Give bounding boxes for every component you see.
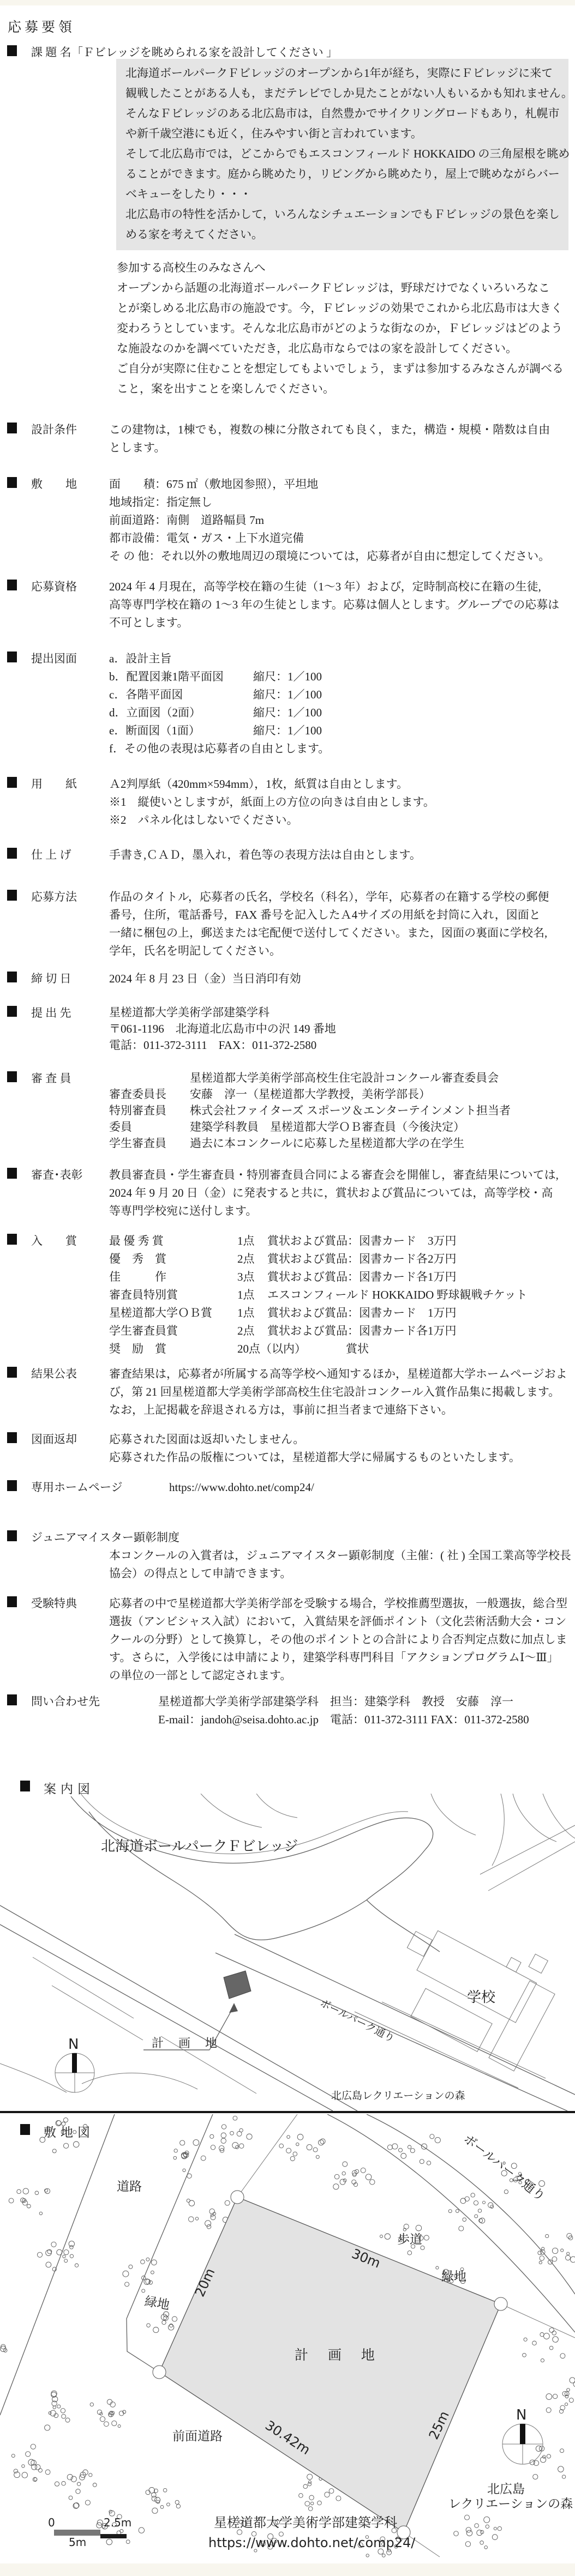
body-line: クールの分野）として換算し，その他のポイントとの合計により合否判定点数に加点しま	[109, 1631, 567, 1649]
section-label: 用 紙	[31, 775, 77, 792]
body-line: 星槎道都大学美術学部建築学科	[109, 1004, 336, 1021]
prize-desc: 賞状および賞品：図書カード各1万円	[267, 1322, 457, 1340]
drawing-item: f．その他の表現は応募者の自由とします。	[109, 740, 330, 758]
prize-desc: 賞状および賞品：図書カード各2万円	[267, 1250, 457, 1268]
scale-mid: 2.5m	[104, 2516, 131, 2529]
section-bullet	[7, 477, 17, 488]
drawing-item: c．各階平面図	[109, 686, 183, 704]
contact-line1: 星槎道都大学美術学部建築学科 担当：建築学科 教授 安藤 淳一	[158, 1693, 513, 1711]
section-label: 応募方法	[31, 888, 77, 904]
drawing-scale: 縮尺：1／100	[253, 668, 322, 686]
jury-member: 株式会社ファイターズ スポーツ＆エンターテインメント担当者	[190, 1102, 511, 1119]
body-line: 協会）の得点として申請できます。	[109, 1565, 571, 1583]
section-bullet	[7, 1432, 17, 1443]
section-bullet	[7, 848, 17, 859]
prize-count: 20点（以内）	[237, 1340, 306, 1358]
prize-name: 星槎道都大学ＯＢ賞	[109, 1304, 212, 1322]
fvillage-east-edge	[367, 1849, 440, 1952]
body-line: 教員審査員・学生審査員・特別審査員合同による審査会を開催し，審査結果については,	[109, 1166, 559, 1184]
body-line: 都市設備：電気・ガス・上下水道完備	[109, 529, 550, 547]
fvillage-south-edge	[89, 1812, 367, 1940]
section-label: 入 賞	[31, 1232, 77, 1248]
prize-count: 3点	[237, 1268, 255, 1286]
intro-line: 参加する高校生のみなさんへ	[117, 258, 564, 278]
drawing-item: b．配置図兼1階平面図	[109, 668, 224, 686]
intro-line: ご自分が実際に住むことを想定してもよいでしょう，まずは参加するみなさんが調べる	[117, 359, 564, 379]
page-title: 応募要領	[8, 16, 75, 36]
site-label: 計 画 地	[152, 2037, 223, 2050]
prize-desc: 賞状	[346, 1340, 369, 1358]
section-bullet	[7, 972, 17, 982]
section-label: 設計条件	[31, 421, 77, 437]
guide-map: 計 画 地 N 北海道ボールパークＦビレッジ 学校 ボールパーク通り 北広島レク…	[0, 1794, 575, 2111]
body-line: そ の 他：それ以外の敷地周辺の環境については，応募者が自由に想定してください。	[109, 547, 550, 565]
section-bullet	[7, 1006, 17, 1017]
kadai-box-line: 観戦したことがある人も，まだテレビでしか見たことがない人もいるかも知れません。	[125, 83, 568, 104]
ballpark-street-label: ボールパーク通り	[318, 1997, 397, 2045]
section-label: 受験特典	[31, 1595, 77, 1611]
prize-count: 1点	[237, 1304, 255, 1322]
body-line: 2024 年 8 月 23 日（金）当日消印有効	[109, 970, 301, 988]
jury-member: 過去に本コンクールに応募した星槎道都大学の在学生	[190, 1135, 464, 1151]
section-label: 提 出 先	[31, 1004, 71, 1021]
section-bullet	[7, 1530, 17, 1541]
section-bullet	[7, 580, 17, 590]
main-road-edge	[0, 1925, 333, 2111]
body-line: 応募者の中で星槎道都大学美術学部を受験する場合，学校推薦型選抜，一般選抜，総合型	[109, 1595, 567, 1613]
section-bullet	[7, 777, 17, 788]
contact-line2: E-mail：jandoh@seisa.dohto.ac.jp 電話：011-3…	[158, 1711, 529, 1729]
prize-count: 1点	[237, 1232, 255, 1250]
site-arrow-head	[229, 2003, 238, 2013]
site-parcel-dark	[224, 1971, 251, 1999]
section-bullet	[7, 1168, 17, 1179]
prize-desc: エスコンフィールド HOKKAIDO 野球観戦チケット	[267, 1286, 528, 1304]
section-bullet	[20, 1781, 30, 1791]
body-line: す。さらに，入学後には申請により，建築学科専門科目「アクションプログラムⅠ～Ⅲ」	[109, 1649, 567, 1667]
section-label: 提出図面	[31, 650, 77, 666]
site-polygon	[159, 2197, 501, 2532]
section-label: 図面返却	[31, 1431, 77, 1447]
body-line: 応募された作品の版権については，星槎道都大学に帰属するものといたします。	[109, 1449, 520, 1467]
green-right-label: 緑地	[441, 2270, 466, 2284]
body-line: 作品のタイトル，応募者の氏名，学校名（科名），学年，応募者の在籍する学校の郵便	[109, 888, 549, 906]
prize-desc: 賞状および賞品：図書カード 3万円	[267, 1232, 457, 1250]
prize-name: 最 優 秀 賞	[109, 1232, 164, 1250]
body-line: 2024 年 4 月現在，高等学校在籍の生徒（1～3 年）および，定時制高校に在…	[109, 578, 559, 596]
section-bullet	[7, 1480, 17, 1491]
prize-name: 奨 励 賞	[109, 1340, 166, 1358]
body-line: 〒061-1196 北海道北広島市中の沢 149 番地	[109, 1021, 336, 1037]
section-bullet	[7, 1596, 17, 1607]
kadai-title: 「Ｆビレッジを眺められる家を設計してください 」	[71, 44, 338, 60]
sidewalk-label: 歩道	[397, 2233, 422, 2247]
section-label: 結果公表	[31, 1365, 77, 1381]
forest-label-line2: レクリエーションの森	[448, 2497, 573, 2511]
section-bullet	[7, 423, 17, 433]
map1-road	[488, 1842, 575, 1891]
map1-road	[492, 1794, 504, 1866]
body-line: 前面道路：南側 道路幅員 7m	[109, 511, 550, 529]
section-label: 敷 地	[31, 475, 77, 492]
body-line: 電話：011-372-3111 FAX：011-372-2580	[109, 1037, 336, 1053]
jury-role: 学生審査員	[109, 1135, 166, 1151]
body-line: 面 積：675 ㎡（敷地図参照），平坦地	[109, 475, 550, 493]
section-label: 審査･表彰	[31, 1166, 83, 1183]
prize-count: 1点	[237, 1286, 255, 1304]
body-line: 不可とします。	[109, 614, 559, 632]
main-road-edge	[0, 1905, 357, 2111]
section-label: 課 題 名	[31, 44, 71, 60]
kadai-box-line: 北広島市の特性を活かして，いろんなシチュエーションでもＦビレッジの景色を楽し	[125, 204, 568, 225]
drawing-scale: 縮尺：1／100	[253, 704, 322, 722]
kadai-box-line: や新千歳空港にも近く，住みやすい街と言われています。	[125, 124, 568, 144]
intro-line: 変わろうとしています。そんな北広島市がどのような街なのか，Ｆビレッジはどのよう	[117, 318, 564, 339]
kadai-box-line: 北海道ボールパークＦビレッジのオープンから1年が経ち，実際にＦビレッジに来て	[125, 63, 568, 83]
school-buildings	[380, 1899, 567, 2071]
intro-paragraph: 参加する高校生のみなさんへオープンから話題の北海道ボールパークＦビレッジは，野球…	[117, 258, 564, 399]
intro-line: とが楽しめる北広島市の施設です。今，Ｆビレッジの効果でこれから北広島市は大きく	[117, 298, 564, 318]
road-median	[355, 2012, 518, 2088]
body-line: 2024 年 9 月 20 日（金）に発表すると共に，賞状および賞品については，…	[109, 1184, 559, 1202]
section-label: 応募資格	[31, 578, 77, 594]
map1-curve	[431, 1794, 476, 1835]
section-bullet	[7, 1234, 17, 1245]
section-bullet	[7, 890, 17, 901]
jury-role: 審査委員長	[109, 1086, 166, 1102]
prize-desc: 賞状および賞品：図書カード各1万円	[267, 1268, 457, 1286]
body-line: とします。	[109, 439, 550, 457]
kadai-box-line: ることができます。庭から眺めたり，リビングから眺めたり，屋上で眺めながらバー	[125, 164, 568, 184]
north-compass: N	[55, 2036, 94, 2092]
drawing-scale: 縮尺：1／100	[253, 686, 322, 704]
ballpark-street-edge	[235, 1934, 575, 2095]
section-label: 締 切 日	[31, 970, 71, 986]
credit-url: https://www.dohto.net/comp24/	[208, 2535, 416, 2550]
road-median	[382, 2002, 546, 2078]
body-line: 選抜（アンビシャス入試）において，入賞結果を評価ポイント（文化芸術活動大会・コン	[109, 1613, 567, 1631]
prize-count: 2点	[237, 1250, 255, 1268]
sidewalk-edge-extension	[501, 2304, 575, 2338]
section-label: 審 査 員	[31, 1070, 71, 1086]
site-map-title: 敷地図	[44, 2122, 94, 2140]
body-line: 手書き,ＣＡＤ，墨入れ，着色等の表現方法は自由とします。	[109, 846, 421, 864]
jury-member: 星槎道都大学美術学部高校生住宅設計コンクール審査委員会	[190, 1070, 499, 1086]
intro-line: な施設なのかを調べていただき，北広島市ならではの家を設計してください。	[117, 339, 564, 359]
body-line: 応募された図面は返却いたしません。	[109, 1431, 520, 1449]
prize-count: 2点	[237, 1322, 255, 1340]
map1-curve	[0, 2064, 67, 2092]
kadai-box-line: める家を考えてください。	[125, 225, 568, 245]
north-compass: N	[502, 2407, 543, 2464]
scale-zero: 0	[48, 2516, 55, 2529]
jury-member: 安藤 淳一（星槎道都大学教授，美術学部長）	[190, 1086, 430, 1102]
north-letter: N	[516, 2407, 526, 2423]
kadai-box-line: そして北広島市では，どこからでもエスコンフィールド HOKKAIDO の三角屋根…	[125, 144, 568, 164]
jury-member: 建築学科教員 星槎道都大学ＯＢ審査員（今後決定）	[190, 1119, 465, 1135]
site-label: 計 画 地	[295, 2347, 382, 2363]
forest-label: 北広島レクリエーションの森	[331, 2090, 465, 2102]
intro-line: こと，案を出すことを楽しんでください。	[117, 379, 564, 399]
body-line: 地域指定：指定無し	[109, 493, 550, 511]
drawing-item: e．断面図（1面）	[109, 722, 200, 740]
map1-curve	[201, 1794, 262, 1827]
scale-bar: 0 2.5m 5m	[48, 2516, 131, 2549]
map1-curve	[513, 1794, 556, 1842]
body-line: 本コンクールの入賞者は，ジュニアマイスター顕彰制度（主催：( 社 ) 全国工業高…	[109, 1547, 571, 1565]
prize-desc: 賞状および賞品：図書カード 1万円	[267, 1304, 457, 1322]
body-line: び，第 21 回星槎道都大学美術学部高校生住宅設計コンクール入賞作品集に掲載しま…	[109, 1383, 567, 1401]
green-left-label: 緑地	[143, 2294, 171, 2313]
guide-map-title: 案内図	[44, 1779, 94, 1797]
body-line: 番号，住所，電話番号，FAX 番号を記入したＡ4サイズの用紙を封筒に入れ，図面と	[109, 906, 549, 924]
body-line: この建物は，1棟でも，複数の棟に分散されても良く，また，構造・規模・階数は自由	[109, 421, 550, 439]
body-line: ※2 パネル化はしないでください。	[109, 811, 435, 829]
section-bullet	[7, 45, 17, 56]
sidewalk-west-edge	[237, 2114, 297, 2197]
fvillage-label: 北海道ボールパークＦビレッジ	[101, 1838, 298, 1855]
north-letter: N	[68, 2036, 79, 2053]
section-label: 問い合わせ先	[31, 1693, 100, 1709]
road-median	[52, 1986, 143, 2040]
prize-name: 審査員特別賞	[109, 1286, 178, 1304]
section-label: 仕 上 げ	[31, 846, 71, 862]
section-bullet	[7, 1367, 17, 1378]
page-top-margin	[0, 0, 575, 5]
section-label: 専用ホームページ	[31, 1479, 123, 1495]
homepage-url: https://www.dohto.net/comp24/	[169, 1479, 314, 1497]
jury-role: 特別審査員	[109, 1102, 166, 1119]
prize-name: 学生審査員賞	[109, 1322, 178, 1340]
road-median	[33, 1957, 134, 2018]
forest-label-line1: 北広島	[487, 2482, 525, 2496]
prize-name: 佳 作	[109, 1268, 166, 1286]
body-line: 学年，氏名を明記してください。	[109, 942, 549, 960]
road-label: 道路	[117, 2180, 142, 2194]
credit-department: 星槎道都大学美術学部建築学科	[214, 2515, 397, 2530]
body-line: Ａ2判厚紙（420mm×594mm），1枚，紙質は自由とします。	[109, 775, 435, 793]
section-bullet	[20, 2124, 30, 2135]
jury-role: 委員	[109, 1119, 132, 1135]
map1-curve	[256, 1794, 297, 1818]
body-line: ※1 縦使いとしますが，紙面上の方位の向きは自由とします。	[109, 793, 435, 811]
section-label: ジュニアマイスター顕彰制度	[31, 1529, 179, 1545]
map1-road	[543, 1794, 575, 1838]
drawing-scale: 縮尺：1／100	[253, 722, 322, 740]
section-bullet	[7, 651, 17, 662]
body-line: の単位の一部として認定されます。	[109, 1667, 567, 1685]
kadai-box-line: そんなＦビレッジのある北広島市は，自然豊かでサイクリングロードもあり，札幌市	[125, 104, 568, 124]
body-line: 高等専門学校在籍の 1～3 年の生徒とします。応募は個人とします。グループでの応…	[109, 596, 559, 614]
map1-curve	[82, 2073, 197, 2089]
section-bullet	[7, 1694, 17, 1705]
kadai-box-line: ベキューをしたり・・・	[125, 184, 568, 204]
body-line: 等専門学校宛に送付します。	[109, 1202, 559, 1220]
body-line: 一緒に梱包の上，郵送または宅配便で送付してください。また，図面の裏面に学校名,	[109, 924, 549, 942]
body-line: なお，上記掲載を辞退される方は，事前に担当者まで連絡下さい。	[109, 1401, 567, 1419]
scale-end: 5m	[69, 2536, 86, 2549]
front-road-label: 前面道路	[172, 2429, 223, 2444]
section-divider	[0, 2111, 575, 2113]
body-line: 審査結果は，応募者が所属する高等学校へ通知するほか，星槎道都大学ホームページおよ	[109, 1365, 567, 1383]
school-label: 学校	[467, 1989, 496, 2006]
prize-name: 優 秀 賞	[109, 1250, 166, 1268]
site-map: 20m 30m 25m 30.42m 道路 緑地 緑地 歩道 ボールパーク通り …	[0, 2114, 575, 2576]
intro-line: オープンから話題の北海道ボールパークＦビレッジは，野球だけでなくいろいろなこ	[117, 278, 564, 298]
west-road-boundary	[0, 2114, 115, 2415]
drawing-item: a．設計主旨	[109, 650, 171, 668]
drawing-item: d．立面図（2面）	[109, 704, 201, 722]
section-bullet	[7, 1071, 17, 1082]
kadai-description-box: 北海道ボールパークＦビレッジのオープンから1年が経ち，実際にＦビレッジに来て観戦…	[116, 59, 568, 250]
